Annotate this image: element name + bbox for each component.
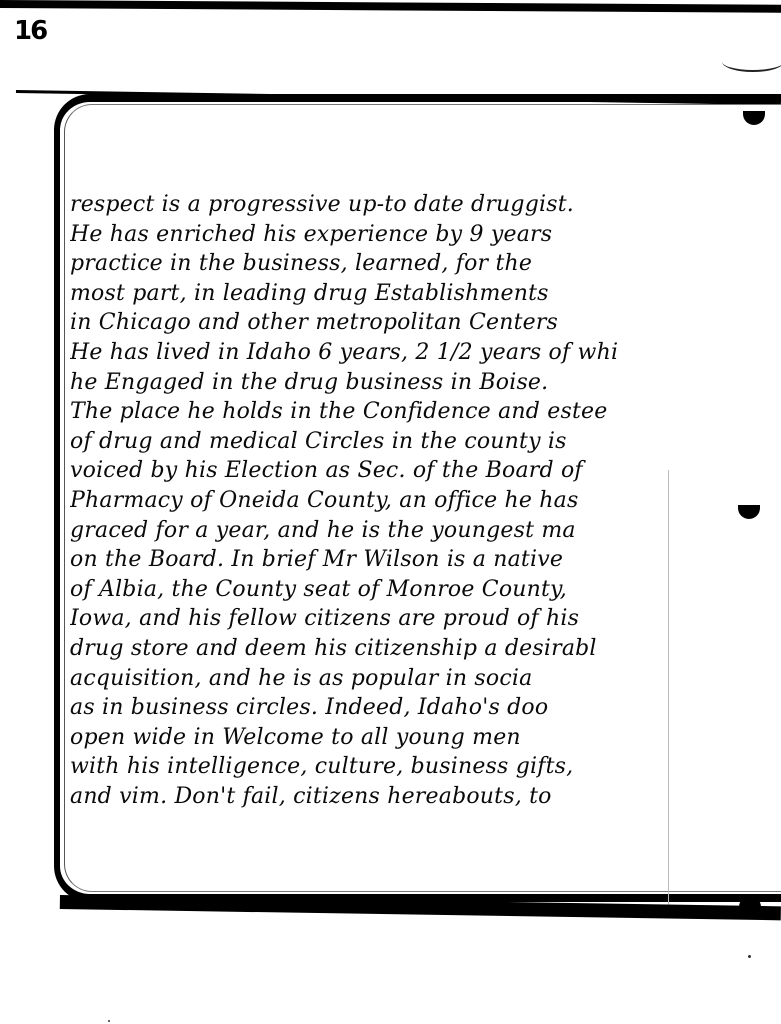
scan-speck bbox=[748, 955, 751, 958]
text-line: practice in the business, learned, for t… bbox=[70, 249, 670, 279]
text-line: of drug and medical Circles in the count… bbox=[70, 427, 670, 457]
text-line: Iowa, and his fellow citizens are proud … bbox=[70, 604, 670, 634]
text-line: most part, in leading drug Establishment… bbox=[70, 279, 670, 309]
text-line: Pharmacy of Oneida County, an office he … bbox=[70, 486, 670, 516]
text-line: with his intelligence, culture, business… bbox=[70, 752, 670, 782]
text-line: as in business circles. Indeed, Idaho's … bbox=[70, 693, 670, 723]
page-number: 16 bbox=[14, 16, 46, 46]
text-line: acquisition, and he is as popular in soc… bbox=[70, 664, 670, 694]
text-line: He has enriched his experience by 9 year… bbox=[70, 220, 670, 250]
text-line: respect is a progressive up-to date drug… bbox=[70, 190, 670, 220]
stray-pen-mark bbox=[722, 48, 781, 72]
scan-top-edge bbox=[0, 0, 781, 13]
text-line: He has lived in Idaho 6 years, 2 1/2 yea… bbox=[70, 338, 670, 368]
text-line: he Engaged in the drug business in Boise… bbox=[70, 368, 670, 398]
handwritten-text: respect is a progressive up-to date drug… bbox=[70, 190, 670, 811]
text-line: drug store and deem his citizenship a de… bbox=[70, 634, 670, 664]
text-line: voiced by his Election as Sec. of the Bo… bbox=[70, 456, 670, 486]
text-line: of Albia, the County seat of Monroe Coun… bbox=[70, 575, 670, 605]
scan-speck bbox=[108, 1020, 110, 1022]
text-line: in Chicago and other metropolitan Center… bbox=[70, 308, 670, 338]
text-line: The place he holds in the Confidence and… bbox=[70, 397, 670, 427]
text-line: graced for a year, and he is the younges… bbox=[70, 516, 670, 546]
text-line: and vim. Don't fail, citizens hereabouts… bbox=[70, 782, 670, 812]
text-line: open wide in Welcome to all young men bbox=[70, 723, 670, 753]
text-line: on the Board. In brief Mr Wilson is a na… bbox=[70, 545, 670, 575]
